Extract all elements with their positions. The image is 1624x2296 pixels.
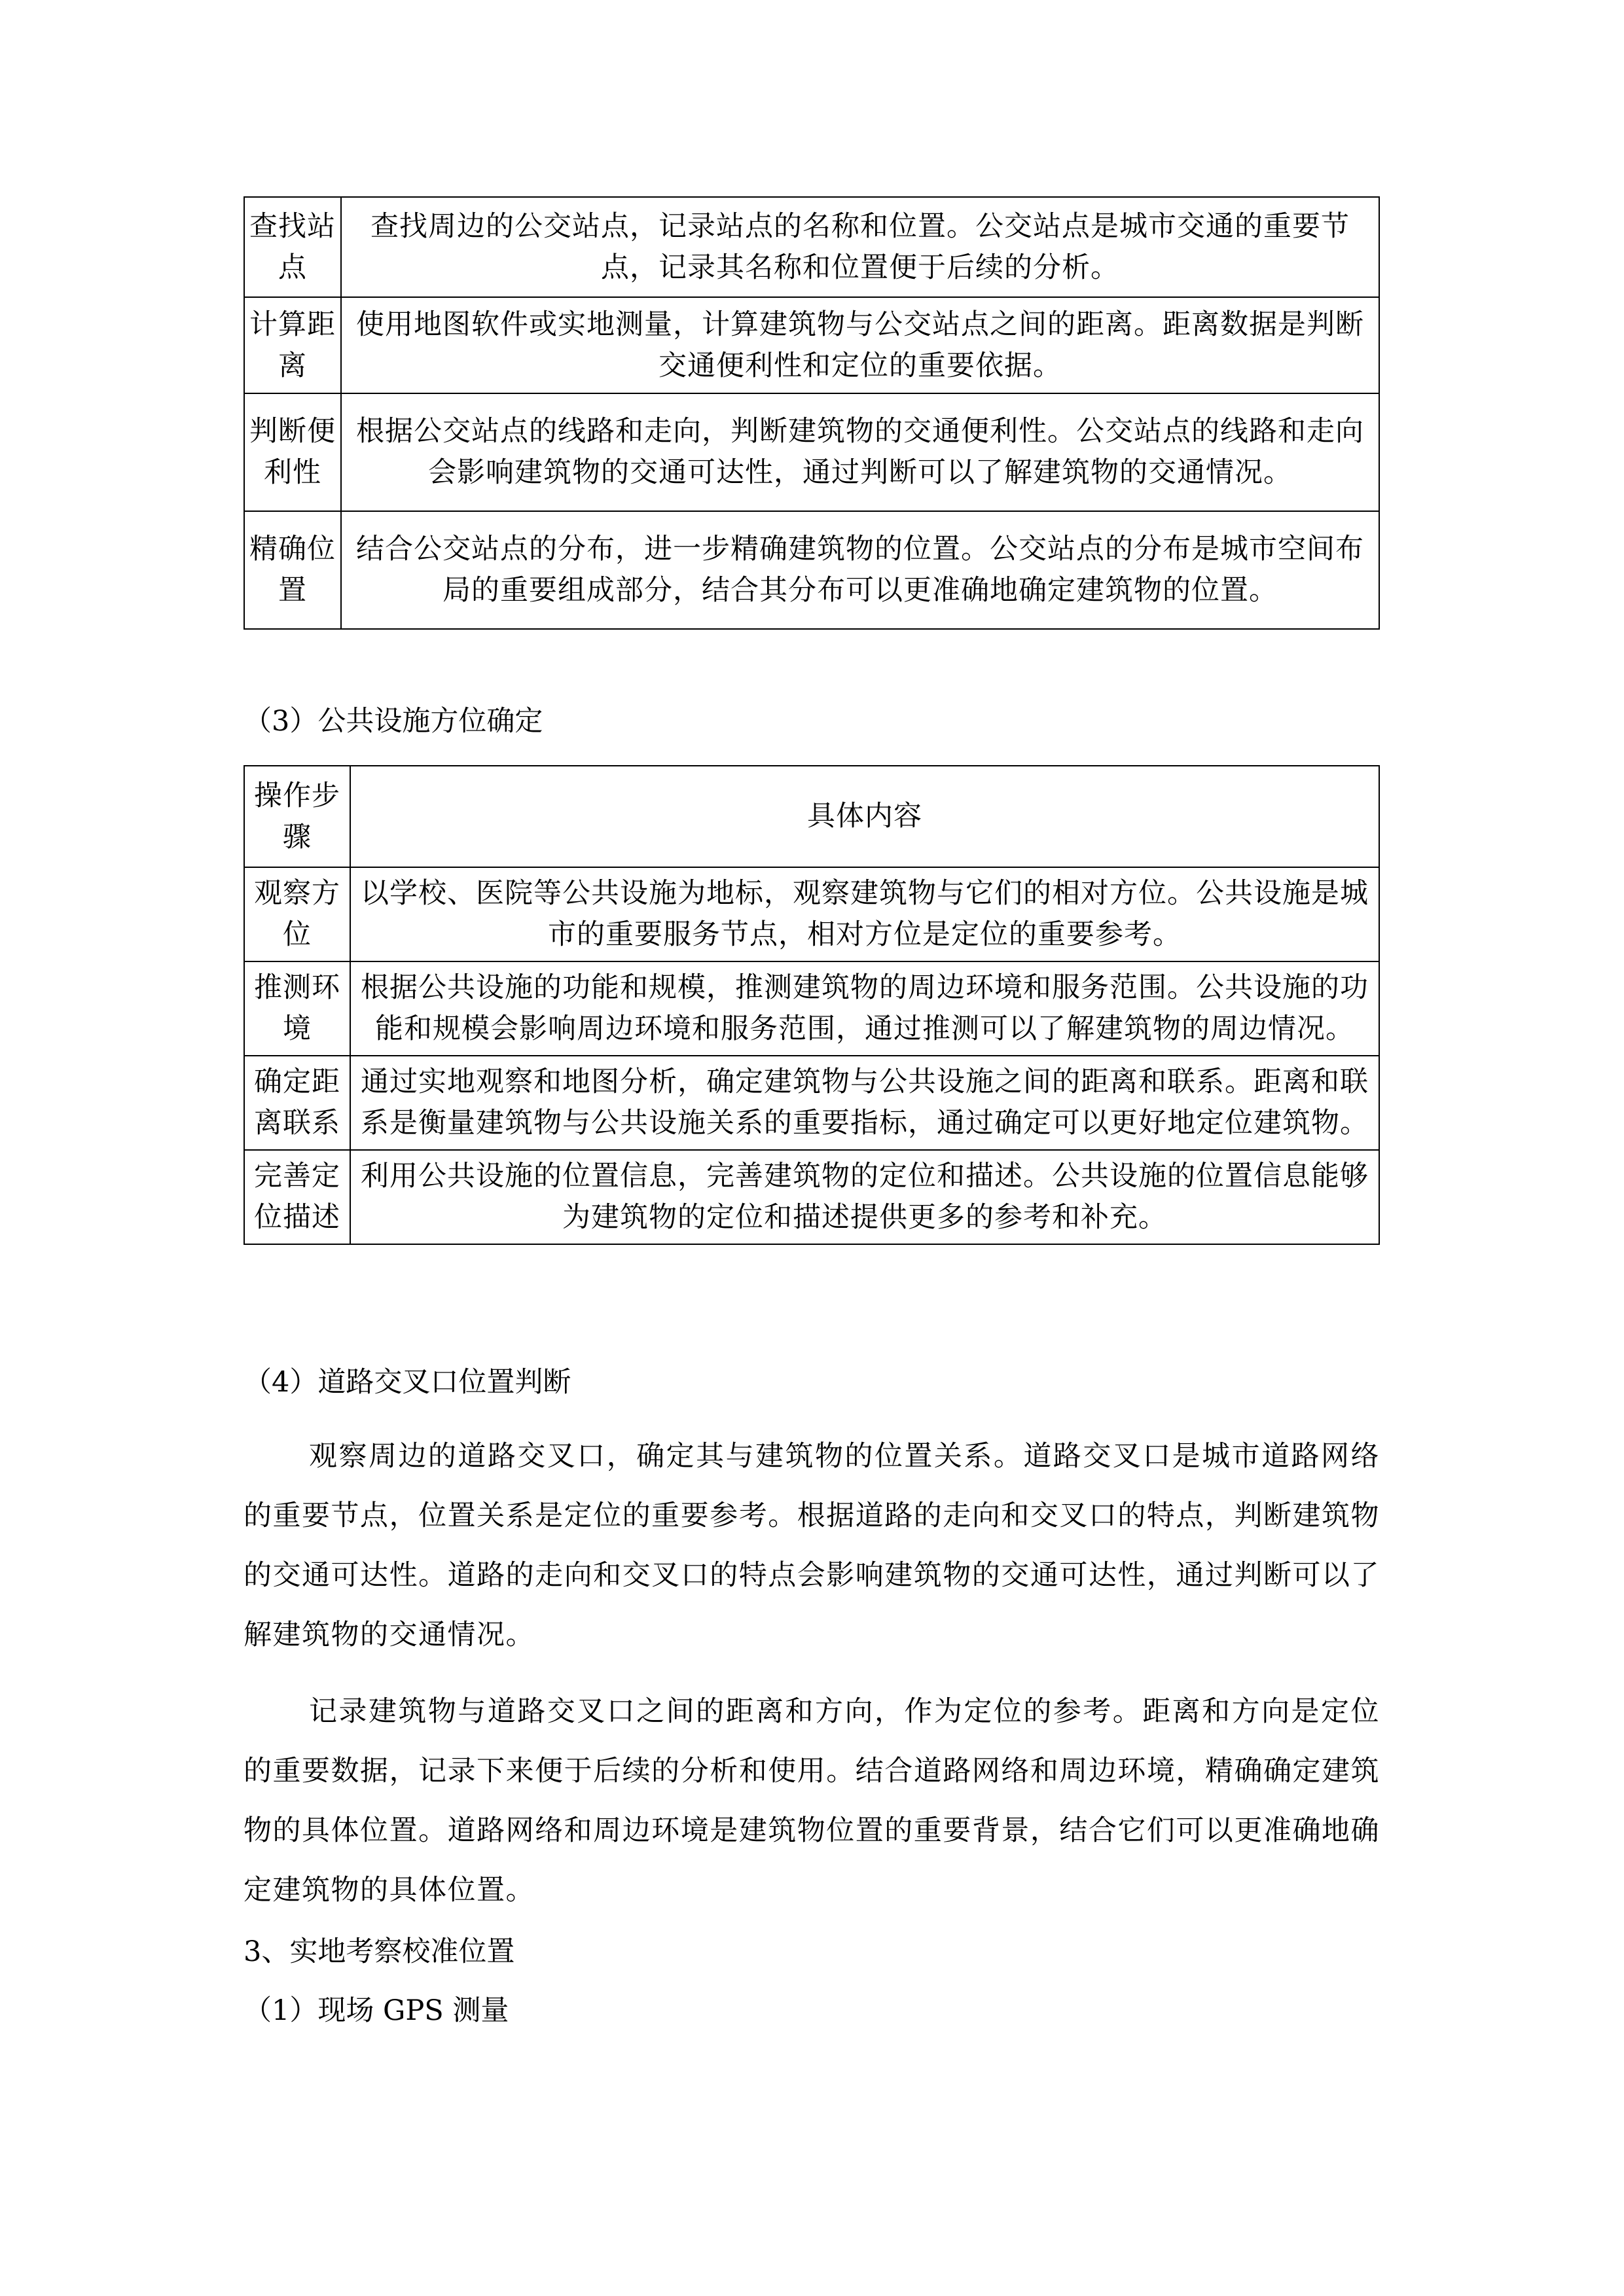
header-content-cell: 具体内容 bbox=[350, 766, 1379, 867]
public-facility-steps-table: 操作步骤 具体内容 观察方位 以学校、医院等公共设施为地标，观察建筑物与它们的相… bbox=[244, 765, 1380, 1245]
table-row: 观察方位 以学校、医院等公共设施为地标，观察建筑物与它们的相对方位。公共设施是城… bbox=[244, 867, 1379, 961]
body-paragraph: 观察周边的道路交叉口，确定其与建筑物的位置关系。道路交叉口是城市道路网络的重要节… bbox=[244, 1427, 1380, 1665]
chapter-heading-field-survey: 3、实地考察校准位置 bbox=[244, 1932, 514, 1971]
step-cell: 精确位置 bbox=[244, 511, 341, 629]
table-row: 推测环境 根据公共设施的功能和规模，推测建筑物的周边环境和服务范围。公共设施的功… bbox=[244, 961, 1379, 1056]
content-cell: 根据公共设施的功能和规模，推测建筑物的周边环境和服务范围。公共设施的功能和规模会… bbox=[350, 961, 1379, 1056]
table-row: 完善定位描述 利用公共设施的位置信息，完善建筑物的定位和描述。公共设施的位置信息… bbox=[244, 1150, 1379, 1244]
step-cell: 确定距离联系 bbox=[244, 1056, 350, 1150]
content-cell: 使用地图软件或实地测量，计算建筑物与公交站点之间的距离。距离数据是判断交通便利性… bbox=[341, 297, 1379, 393]
table-row: 查找站点 查找周边的公交站点，记录站点的名称和位置。公交站点是城市交通的重要节点… bbox=[244, 197, 1379, 297]
step-cell: 判断便利性 bbox=[244, 393, 341, 511]
header-step-cell: 操作步骤 bbox=[244, 766, 350, 867]
step-cell: 推测环境 bbox=[244, 961, 350, 1056]
section-heading-road-intersection: （4）道路交叉口位置判断 bbox=[244, 1363, 571, 1402]
table-header-row: 操作步骤 具体内容 bbox=[244, 766, 1379, 867]
content-cell: 利用公共设施的位置信息，完善建筑物的定位和描述。公共设施的位置信息能够为建筑物的… bbox=[350, 1150, 1379, 1244]
bus-stop-steps-table: 查找站点 查找周边的公交站点，记录站点的名称和位置。公交站点是城市交通的重要节点… bbox=[244, 196, 1380, 630]
step-cell: 查找站点 bbox=[244, 197, 341, 297]
table-row: 确定距离联系 通过实地观察和地图分析，确定建筑物与公共设施之间的距离和联系。距离… bbox=[244, 1056, 1379, 1150]
table-row: 精确位置 结合公交站点的分布，进一步精确建筑物的位置。公交站点的分布是城市空间布… bbox=[244, 511, 1379, 629]
step-cell: 观察方位 bbox=[244, 867, 350, 961]
content-cell: 通过实地观察和地图分析，确定建筑物与公共设施之间的距离和联系。距离和联系是衡量建… bbox=[350, 1056, 1379, 1150]
content-cell: 结合公交站点的分布，进一步精确建筑物的位置。公交站点的分布是城市空间布局的重要组… bbox=[341, 511, 1379, 629]
content-cell: 根据公交站点的线路和走向，判断建筑物的交通便利性。公交站点的线路和走向会影响建筑… bbox=[341, 393, 1379, 511]
body-paragraph: 记录建筑物与道路交叉口之间的距离和方向，作为定位的参考。距离和方向是定位的重要数… bbox=[244, 1682, 1380, 1920]
step-cell: 计算距离 bbox=[244, 297, 341, 393]
step-cell: 完善定位描述 bbox=[244, 1150, 350, 1244]
subsection-heading-gps: （1）现场 GPS 测量 bbox=[244, 1991, 509, 2030]
table-row: 判断便利性 根据公交站点的线路和走向，判断建筑物的交通便利性。公交站点的线路和走… bbox=[244, 393, 1379, 511]
section-heading-public-facilities: （3）公共设施方位确定 bbox=[244, 702, 543, 741]
table-row: 计算距离 使用地图软件或实地测量，计算建筑物与公交站点之间的距离。距离数据是判断… bbox=[244, 297, 1379, 393]
content-cell: 查找周边的公交站点，记录站点的名称和位置。公交站点是城市交通的重要节点，记录其名… bbox=[341, 197, 1379, 297]
content-cell: 以学校、医院等公共设施为地标，观察建筑物与它们的相对方位。公共设施是城市的重要服… bbox=[350, 867, 1379, 961]
